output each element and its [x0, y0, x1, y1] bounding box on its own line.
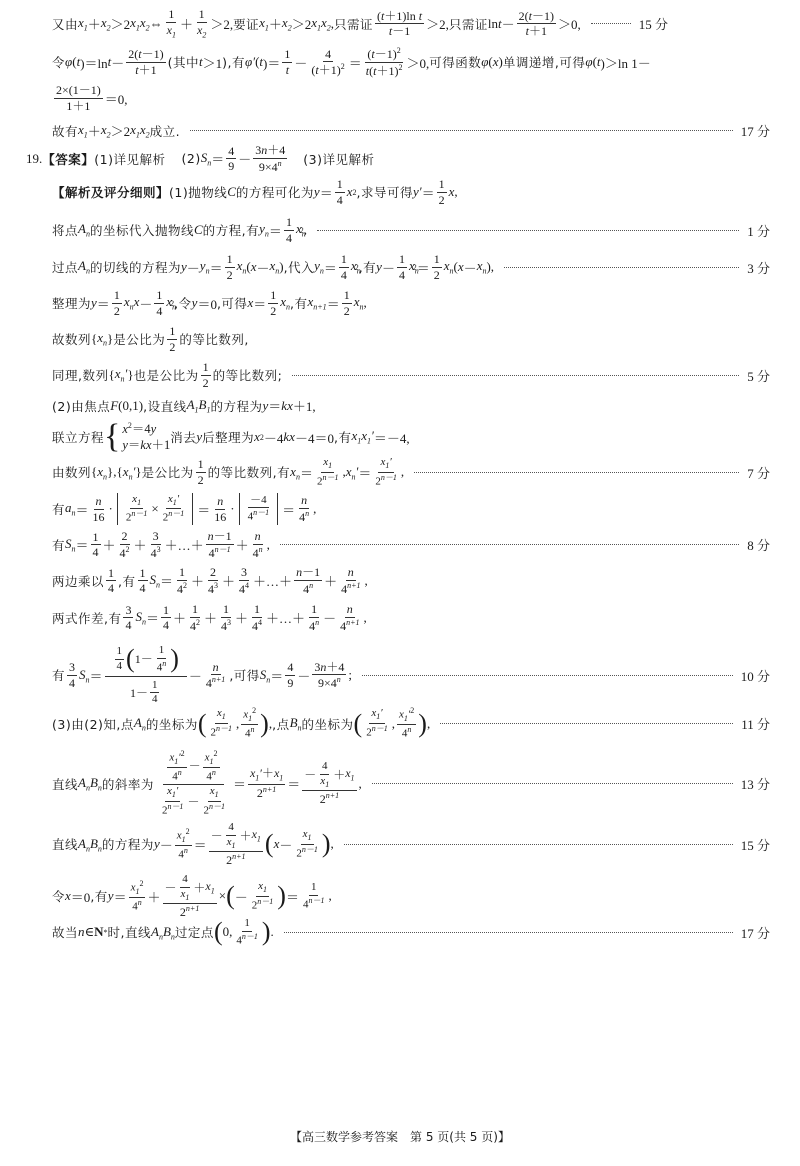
answer-tag: 【答案】: [42, 150, 94, 168]
text: 故有: [52, 122, 78, 140]
line-inequality-proof: 又由 x1＋x2＞2x1x2⇔ 1x1＋ 1x2＞2, 要证 x1＋x2＞2x1…: [52, 8, 770, 39]
text: ,设直线: [143, 397, 186, 415]
text: 也是公比为: [134, 366, 199, 384]
line-substitute-point: 将点 An 的坐标代入抛物线C 的方程,有 yn＝14xn2, 1 分: [52, 216, 770, 244]
text: 将点: [52, 221, 78, 239]
leader-dots: [190, 130, 733, 131]
text: 后整理为: [202, 428, 254, 446]
text: ,令: [174, 294, 191, 312]
line-simplify: 整理为 y＝12xnx－14xn2 ,令 y＝0 ,可得 x＝12xn ,有 x…: [52, 289, 770, 317]
line-focus: (2)由焦点 F(0,1) ,设直线 A1B1 的方程为 y＝kx＋1,: [52, 396, 770, 415]
text: 令: [52, 887, 65, 905]
score: 1 分: [747, 221, 770, 240]
text: (1)详见解析: [94, 150, 165, 168]
score: 11 分: [741, 714, 770, 733]
line-sn: 有 Sn＝ 14＋ 242＋ 343＋…＋ n－14n－1＋ n4n, 8 分: [52, 530, 770, 559]
line-tangent: 过点 An 的切线的方程为 y－yn＝12xn(x－xn) ,代入 yn＝14x…: [52, 253, 770, 281]
text: (2)由焦点: [52, 397, 110, 415]
leader-dots: [317, 230, 739, 231]
line-sn-result: 有 34Sn＝ 14(1－14n) 1－14 －n4n+1 ,可得 Sn＝ 49…: [52, 645, 770, 706]
text: ,有: [359, 258, 376, 276]
text: ,有: [90, 887, 107, 905]
text: 的方程为: [102, 835, 154, 853]
text: 故数列: [52, 330, 91, 348]
score: 10 分: [741, 666, 770, 685]
line-parabola: 【解析及评分细则】 (1)抛物线 C 的方程可化为 y＝14x2 ,求导可得 y…: [52, 178, 770, 206]
text: 的切线的方程为: [90, 258, 181, 276]
text: 同理,数列: [52, 366, 108, 384]
text: 整理为: [52, 294, 91, 312]
text: 有: [52, 500, 65, 518]
score: 17 分: [741, 923, 770, 942]
text: (3)详见解析: [303, 150, 374, 168]
score: 17 分: [741, 121, 770, 140]
score: 5 分: [747, 366, 770, 385]
leader-dots: [372, 783, 733, 784]
leader-dots: [591, 23, 631, 24]
text: ,有: [118, 572, 135, 590]
text: ),有: [222, 53, 245, 71]
text: 直线: [52, 775, 78, 793]
text: 的方程为: [210, 397, 262, 415]
text: 有: [52, 536, 65, 554]
text: 的坐标为: [302, 715, 354, 733]
text: ,可得: [217, 294, 247, 312]
text: 联立方程: [52, 428, 104, 446]
leader-dots: [280, 544, 739, 545]
line-fixed-point: 故当 n∈N* 时,直线 AnBn 过定点 (0,14n－1). 17 分: [52, 918, 770, 947]
score: 3 分: [747, 258, 770, 277]
text: 只需证: [449, 15, 488, 33]
text: 过点: [52, 258, 78, 276]
leader-dots: [414, 472, 739, 473]
text: 两式作差,有: [52, 609, 121, 627]
line-conclusion-17: 故有 x1＋x2＞2x1x2 成立. 17 分: [52, 121, 770, 140]
page-footer: 【高三数学参考答案 第 5 页(共 5 页)】: [0, 1128, 800, 1145]
text: 直线: [52, 835, 78, 853]
text: 时,直线: [108, 923, 151, 941]
text: 只需证: [334, 15, 373, 33]
analysis-tag: 【解析及评分细则】: [52, 183, 169, 201]
line-phi-value: 2×(1－1)1＋1＝0,: [52, 84, 770, 112]
question-number: 19.: [26, 151, 42, 167]
line-system: 联立方程 { x2＝4yy＝kx＋1 消去 y 后整理为 x2－4kx－4＝0 …: [52, 420, 770, 454]
text: 的等比数列,有: [208, 463, 290, 481]
line-an: 有 an＝n16· x12n－1×x1′2n－1 ＝n16· －44n－1 ＝n…: [52, 493, 770, 525]
leader-dots: [292, 375, 739, 376]
text: ,代入: [284, 258, 314, 276]
text: 过定点: [175, 923, 214, 941]
text: 的等比数列;: [213, 366, 283, 384]
line-geometric-xn-prime: 同理,数列 {xn′} 也是公比为 12 的等比数列; 5 分: [52, 361, 770, 389]
line-line-equation: 直线 AnBn 的方程为 y－x124n＝ －4x1＋x12n+1 (x－x12…: [52, 822, 770, 867]
score: 7 分: [747, 463, 770, 482]
text: 消去: [170, 428, 196, 446]
text: 的方程可化为: [236, 183, 314, 201]
line-quarter-sn: 两边乘以 14 ,有 14Sn＝ 142＋ 243＋ 344＋…＋ n－14n＋…: [52, 566, 770, 595]
leader-dots: [440, 723, 733, 724]
score: 8 分: [747, 535, 770, 554]
line-coordinates: (3)由(2)知,点 An 的坐标为 (x12n－1,x124n), ,点 Bn…: [52, 707, 770, 740]
leader-dots: [344, 844, 733, 845]
text: ,可得: [229, 666, 259, 684]
text: 又由: [52, 15, 78, 33]
text: 要证: [233, 15, 259, 33]
text: 的等比数列,: [179, 330, 248, 348]
text: 的坐标代入抛物线: [90, 221, 194, 239]
line-difference: 两式作差,有 34Sn＝ 14＋ 142＋ 143＋ 144＋…＋ 14n－ n…: [52, 603, 770, 632]
text: 成立.: [150, 122, 180, 140]
text: (3)由(2)知,点: [52, 715, 134, 733]
text: 的方程,有: [203, 221, 259, 239]
line-slope: 直线 AnBn 的斜率为 x1′24n－x124n x1′2n－1－x12n－1…: [52, 750, 770, 817]
text: ,点: [272, 715, 289, 733]
text: 可得函数: [429, 53, 481, 71]
leader-dots: [284, 932, 733, 933]
score: 13 分: [741, 774, 770, 793]
text: 由数列: [52, 463, 91, 481]
text: (1)抛物线: [169, 183, 227, 201]
text: 的坐标为: [146, 715, 198, 733]
text: 是公比为: [142, 463, 194, 481]
text: 故当: [52, 923, 78, 941]
question-19-answer: 19. 【答案】 (1)详见解析 (2) Sn＝ 49－ 3n＋49×4n (3…: [26, 144, 770, 173]
text: ,有: [334, 428, 351, 446]
leader-dots: [362, 675, 733, 676]
line-phi-definition: 令 φ(t)＝ln t－ 2(t－1)t＋1 (其中 t＞1 ),有 φ′(t)…: [52, 47, 770, 77]
text: 是公比为: [113, 330, 165, 348]
text: (2): [181, 151, 200, 166]
line-intercept: 令 x＝0 ,有 y＝x124n＋ －4x1＋x12n+1 ×(－x12n－1)…: [52, 874, 770, 919]
text: 单调递增,可得: [503, 53, 585, 71]
line-geometric-xn: 故数列 {xn} 是公比为 12 的等比数列,: [52, 325, 770, 353]
text: 令: [52, 53, 65, 71]
text: (其中: [168, 53, 199, 71]
text: 两边乘以: [52, 572, 104, 590]
text: ,求导可得: [357, 183, 413, 201]
score: 15 分: [741, 835, 770, 854]
text: 的斜率为: [102, 775, 154, 793]
text: ,有: [290, 294, 307, 312]
leader-dots: [504, 267, 739, 268]
score: 15 分: [639, 14, 668, 33]
line-xn-formula: 由数列 {xn},{xn′} 是公比为 12 的等比数列,有 xn＝x12n－1…: [52, 457, 770, 488]
text: 有: [52, 666, 65, 684]
